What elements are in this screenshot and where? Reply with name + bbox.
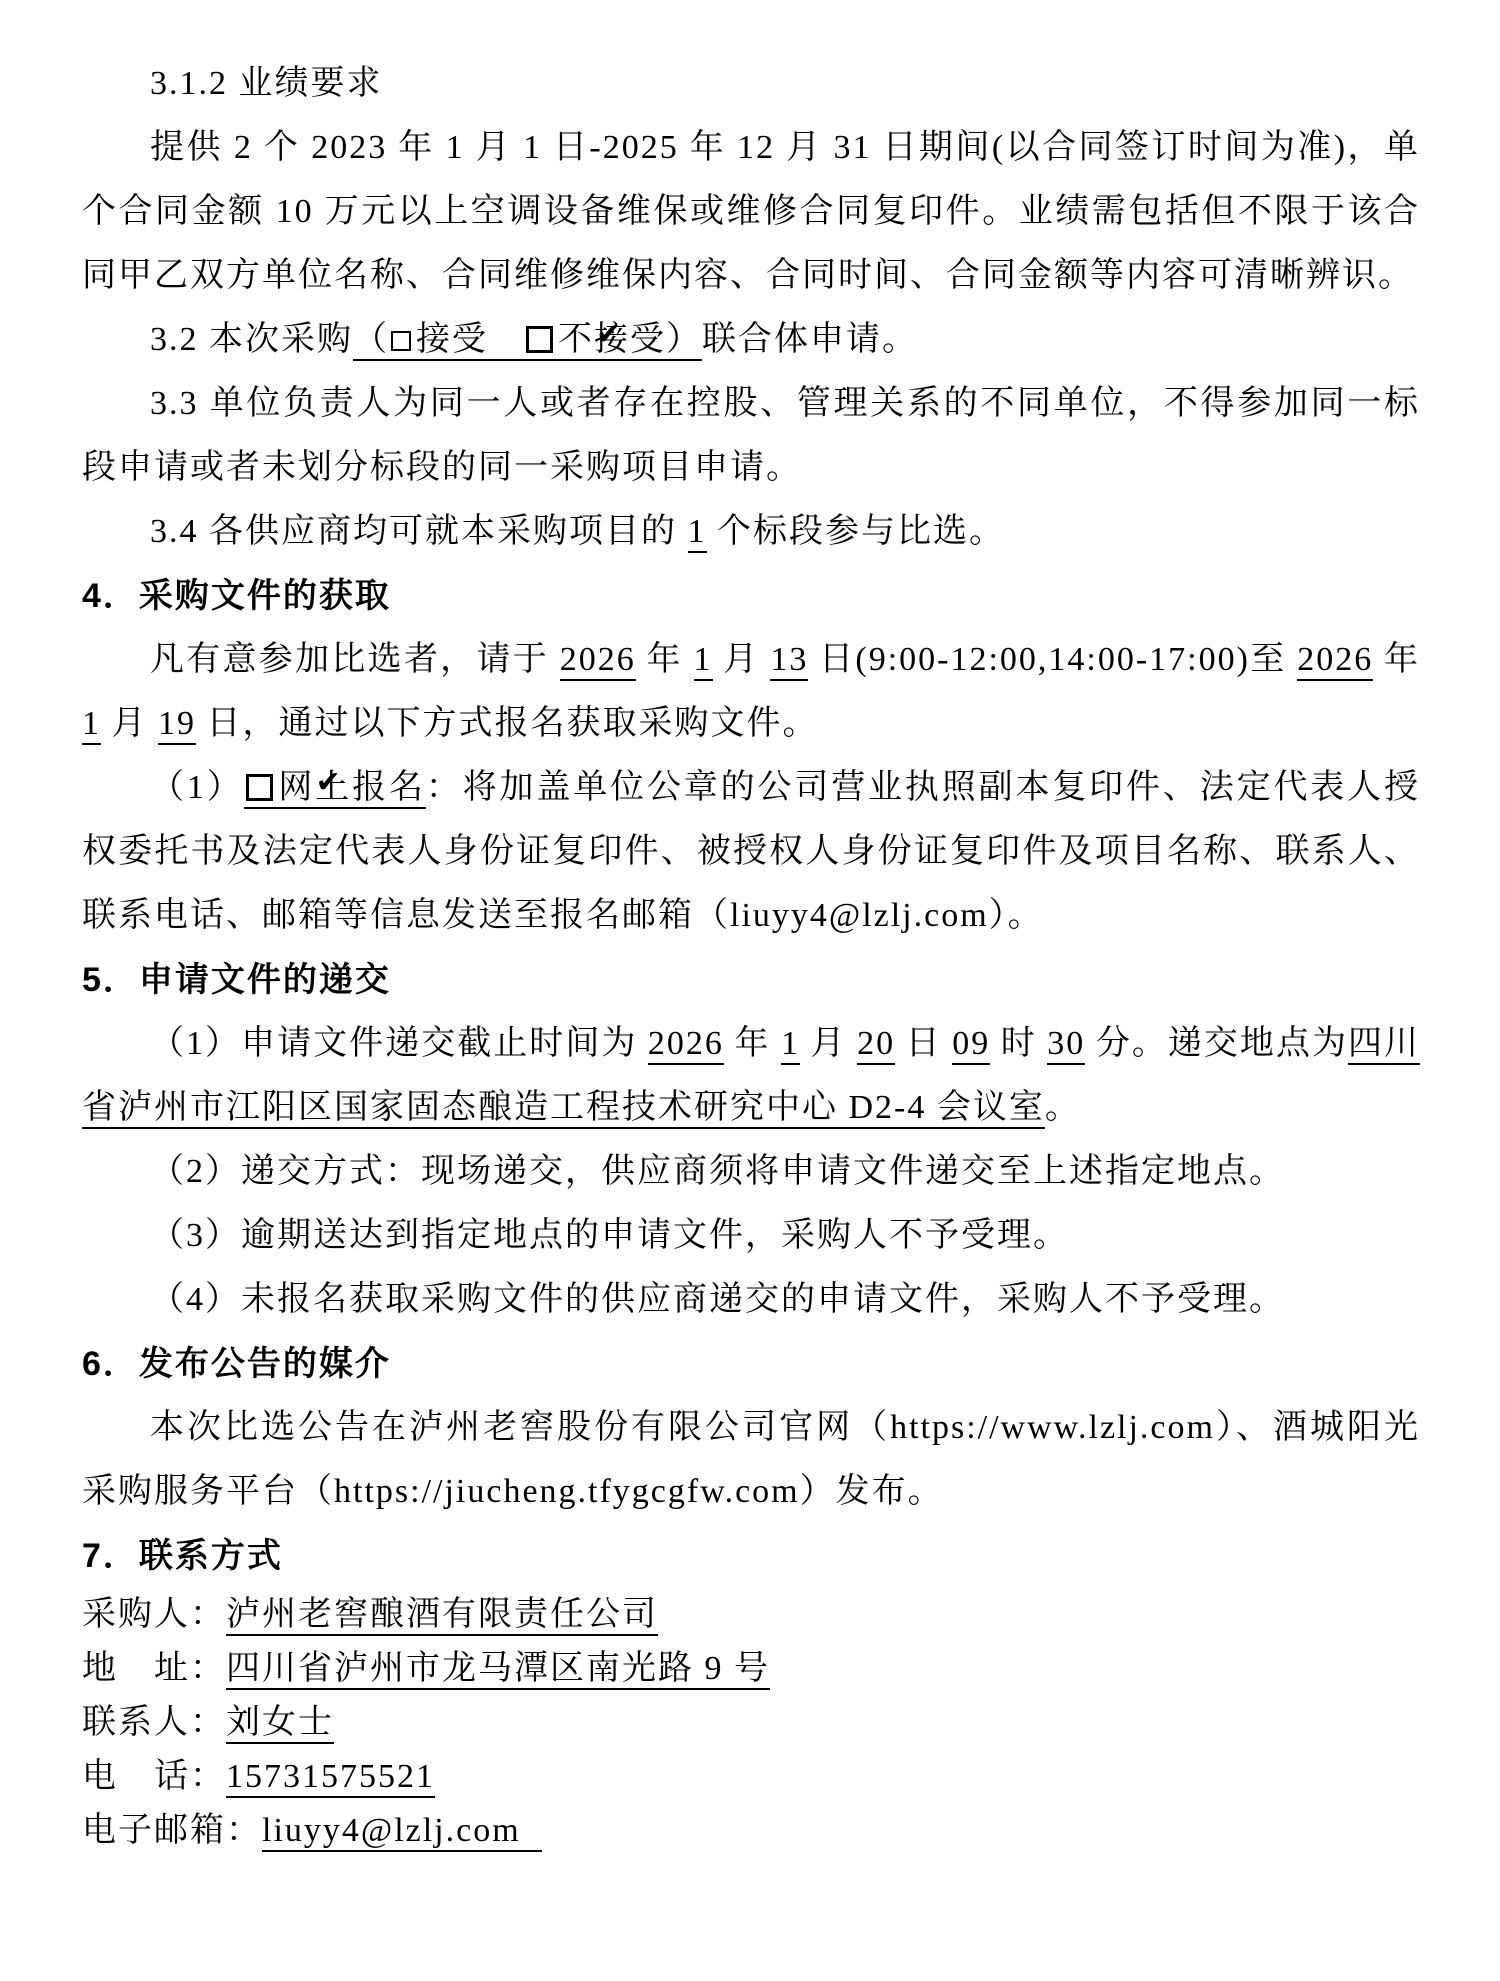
text-run: （2）递交方式：现场递交，供应商须将申请文件递交至上述指定地点。 xyxy=(150,1153,1285,1190)
section-5-item-4: （4）未报名获取采购文件的供应商递交的申请文件，采购人不予受理。 xyxy=(82,1268,1420,1332)
checked-checkbox-icon: ✔ xyxy=(246,774,273,801)
text-run: 日，通过以下方式报名获取采购文件。 xyxy=(196,705,819,742)
underlined-run: 四川省泸州市龙马潭区南光路 9 号 xyxy=(226,1650,770,1690)
text-run: 采购人： xyxy=(82,1596,226,1633)
text-run: 3.1.2 业绩要求 xyxy=(150,65,383,102)
text-run: 3.4 各供应商均可就本采购项目的 xyxy=(150,513,688,550)
underlined-run: 泸州老窖酿酒有限责任公司 xyxy=(226,1596,658,1636)
text-run: 时 xyxy=(990,1025,1047,1062)
underlined-run: 1 xyxy=(82,705,101,745)
text-run: 09 xyxy=(952,1025,990,1062)
contact-person: 联系人：刘女士 xyxy=(82,1696,1420,1750)
text-run: 月 xyxy=(713,641,771,678)
underlined-run: 1 xyxy=(781,1025,800,1065)
text-run: 6．发布公告的媒介 xyxy=(82,1345,391,1383)
clause-3-2: 3.2 本次采购（接受 ✔不接受）联合体申请。 xyxy=(82,308,1420,372)
underlined-run: 2026 xyxy=(560,641,636,681)
text-run: 月 xyxy=(800,1025,857,1062)
text-run: 5．申请文件的递交 xyxy=(82,961,391,999)
text-run: 分。递交地点为 xyxy=(1085,1025,1348,1062)
text-run: 月 xyxy=(101,705,158,742)
section-5-item-1: （1）申请文件递交截止时间为 2026 年 1 月 20 日 09 时 30 分… xyxy=(82,1012,1420,1140)
clause-3-4: 3.4 各供应商均可就本采购项目的 1 个标段参与比选。 xyxy=(82,500,1420,564)
checked-checkbox-icon: ✔ xyxy=(526,326,553,353)
text-run: 泸州老窖酿酒有限责任公司 xyxy=(226,1596,658,1633)
document-page: 3.1.2 业绩要求提供 2 个 2023 年 1 月 1 日-2025 年 1… xyxy=(0,0,1500,1981)
text-run: 年 xyxy=(724,1025,781,1062)
text-run: 30 xyxy=(1047,1025,1085,1062)
section-4-heading: 4．采购文件的获取 xyxy=(82,564,1420,628)
text-run: 本次比选公告在泸州老窖股份有限公司官网（https://www.lzlj.com… xyxy=(82,1409,1420,1510)
underlined-run: 09 xyxy=(952,1025,990,1065)
contact-email: 电子邮箱：liuyy4@lzlj.com xyxy=(82,1804,1420,1858)
text-run: 1 xyxy=(781,1025,800,1062)
text-run: 。 xyxy=(1045,1089,1081,1126)
text-run: 日 xyxy=(895,1025,952,1062)
text-run: 20 xyxy=(857,1025,895,1062)
text-run: （4）未报名获取采购文件的供应商递交的申请文件，采购人不予受理。 xyxy=(150,1281,1285,1318)
check-mark-icon: ✔ xyxy=(528,320,621,350)
text-run: 15731575521 xyxy=(226,1758,435,1795)
text-run: 联系人： xyxy=(82,1704,226,1741)
section-7-heading: 7．联系方式 xyxy=(82,1524,1420,1588)
text-run: 年 xyxy=(1373,641,1420,678)
text-run: 7．联系方式 xyxy=(82,1537,283,1575)
text-run: 提供 2 个 2023 年 1 月 1 日-2025 年 12 月 31 日期间… xyxy=(82,129,1420,294)
text-run: 3.2 本次采购 xyxy=(150,321,353,358)
text-run: 接受 xyxy=(416,321,524,358)
clause-3-3: 3.3 单位负责人为同一人或者存在控股、管理关系的不同单位，不得参加同一标段申请… xyxy=(82,372,1420,500)
text-run: 日(9:00-12:00,14:00-17:00)至 xyxy=(808,641,1297,678)
underlined-run: 1 xyxy=(688,513,707,553)
contact-address: 地 址：四川省泸州市龙马潭区南光路 9 号 xyxy=(82,1642,1420,1696)
check-mark-icon: ✔ xyxy=(248,768,341,798)
text-run: 四川省泸州市龙马潭区南光路 9 号 xyxy=(226,1650,770,1687)
underlined-run: ✔网上报名 xyxy=(244,769,426,809)
underlined-run: 13 xyxy=(770,641,808,681)
text-run: 1 xyxy=(688,513,707,550)
underlined-run: 19 xyxy=(158,705,196,745)
text-run: 19 xyxy=(158,705,196,742)
clause-3-1-2-heading: 3.1.2 业绩要求 xyxy=(82,52,1420,116)
section-6-body: 本次比选公告在泸州老窖股份有限公司官网（https://www.lzlj.com… xyxy=(82,1396,1420,1524)
section-5-heading: 5．申请文件的递交 xyxy=(82,948,1420,1012)
text-run: 电 话： xyxy=(82,1758,226,1795)
text-run: 电子邮箱： xyxy=(82,1812,262,1849)
underlined-run: 30 xyxy=(1047,1025,1085,1065)
text-run: 刘女士 xyxy=(226,1704,334,1741)
underlined-run: 15731575521 xyxy=(226,1758,435,1798)
text-run: 凡有意参加比选者，请于 xyxy=(150,641,560,678)
text-run: （3）逾期送达到指定地点的申请文件，采购人不予受理。 xyxy=(150,1217,1069,1254)
contact-phone: 电 话：15731575521 xyxy=(82,1750,1420,1804)
underlined-run: （接受 ✔不接受） xyxy=(353,321,702,361)
text-run: 2026 xyxy=(1297,641,1373,678)
underlined-run: 20 xyxy=(857,1025,895,1065)
underlined-run: 2026 xyxy=(1297,641,1373,681)
text-run: （1）申请文件递交截止时间为 xyxy=(150,1025,648,1062)
text-run: 地 址： xyxy=(82,1650,226,1687)
document-body: 3.1.2 业绩要求提供 2 个 2023 年 1 月 1 日-2025 年 1… xyxy=(82,52,1420,1858)
unchecked-checkbox-icon xyxy=(391,331,411,351)
text-run: 联合体申请。 xyxy=(702,321,918,358)
underlined-run: 1 xyxy=(694,641,713,681)
section-4-body: 凡有意参加比选者，请于 2026 年 1 月 13 日(9:00-12:00,1… xyxy=(82,628,1420,756)
text-run: （ xyxy=(353,321,389,358)
text-run: 2026 xyxy=(648,1025,724,1062)
clause-3-1-2-body: 提供 2 个 2023 年 1 月 1 日-2025 年 12 月 31 日期间… xyxy=(82,116,1420,308)
text-run: liuyy4@lzlj.com xyxy=(262,1812,542,1849)
underlined-run: 刘女士 xyxy=(226,1704,334,1744)
contact-purchaser: 采购人：泸州老窖酿酒有限责任公司 xyxy=(82,1588,1420,1642)
text-run: 2026 xyxy=(560,641,636,678)
section-5-item-3: （3）逾期送达到指定地点的申请文件，采购人不予受理。 xyxy=(82,1204,1420,1268)
text-run: 13 xyxy=(770,641,808,678)
text-run: 3.3 单位负责人为同一人或者存在控股、管理关系的不同单位，不得参加同一标段申请… xyxy=(82,385,1420,486)
section-5-item-2: （2）递交方式：现场递交，供应商须将申请文件递交至上述指定地点。 xyxy=(82,1140,1420,1204)
text-run: 1 xyxy=(82,705,101,742)
underlined-run: 2026 xyxy=(648,1025,724,1065)
underlined-run: liuyy4@lzlj.com xyxy=(262,1812,542,1852)
text-run: （1） xyxy=(150,769,244,806)
text-run: 个标段参与比选。 xyxy=(707,513,1006,550)
section-4-item-1: （1）✔网上报名：将加盖单位公章的公司营业执照副本复印件、法定代表人授权委托书及… xyxy=(82,756,1420,948)
text-run: 年 xyxy=(636,641,694,678)
section-6-heading: 6．发布公告的媒介 xyxy=(82,1332,1420,1396)
text-run: 4．采购文件的获取 xyxy=(82,577,391,615)
text-run: 1 xyxy=(694,641,713,678)
